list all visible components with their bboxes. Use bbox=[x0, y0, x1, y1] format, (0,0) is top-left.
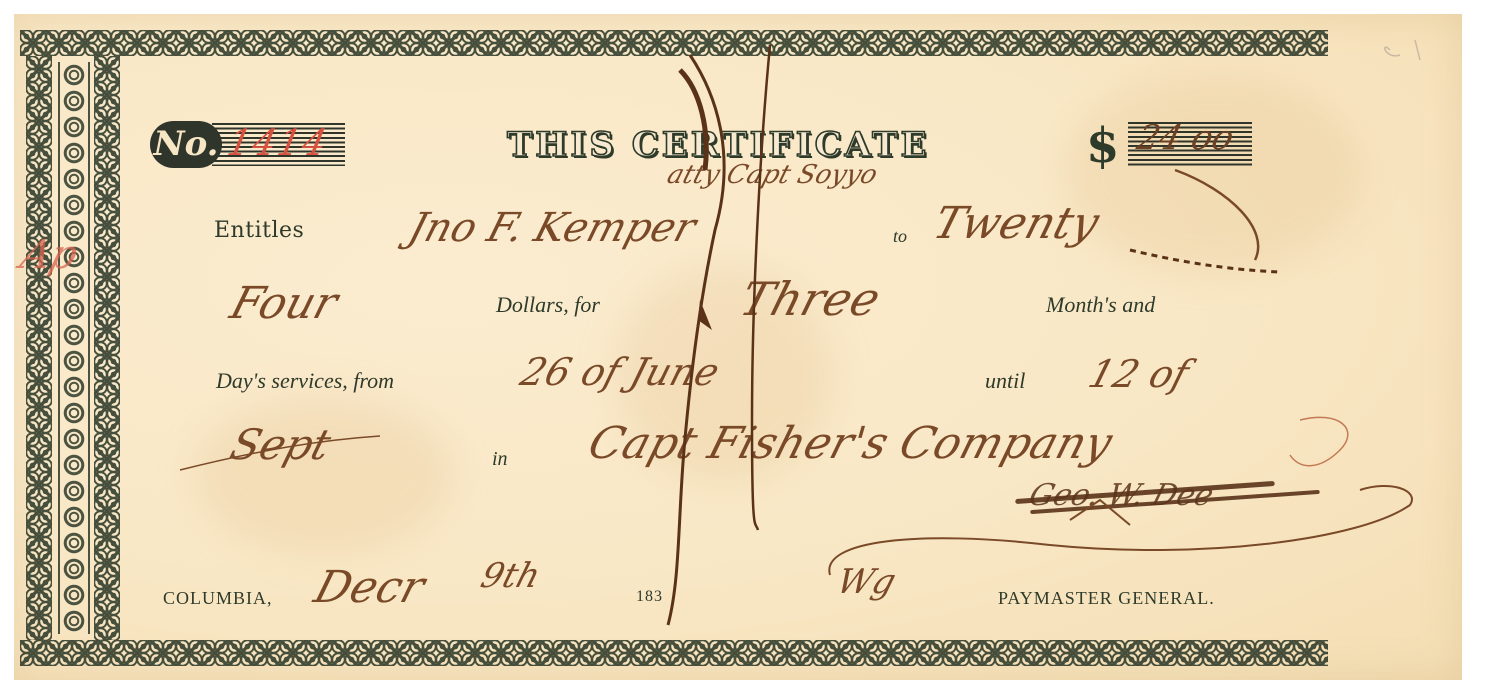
paper-stain bbox=[1064, 74, 1364, 274]
paper-stain bbox=[194, 394, 454, 554]
certificate-number: 1414 bbox=[224, 123, 332, 164]
date-month: Decr bbox=[309, 562, 431, 613]
amount-words-part-1: Twenty bbox=[928, 198, 1105, 249]
signatory-title: PAYMASTER GENERAL. bbox=[998, 588, 1215, 609]
service-end-date: 12 of bbox=[1084, 352, 1194, 396]
certificate-number-badge: No. 1414 bbox=[150, 121, 345, 168]
amount-words-part-2: Four bbox=[225, 278, 344, 329]
annotation-attorney: atty Capt Soyyo bbox=[664, 160, 881, 190]
year-prefix: 183 bbox=[636, 588, 663, 606]
certificate-paper bbox=[14, 14, 1462, 680]
label-months-and: Month's and bbox=[1046, 292, 1155, 318]
label-days-services-from: Day's services, from bbox=[216, 368, 394, 394]
label-dollars-for: Dollars, for bbox=[496, 292, 600, 318]
certificate-title: THIS CERTIFICATE bbox=[507, 125, 929, 165]
rosette-border-column bbox=[58, 62, 90, 634]
label-to: to bbox=[893, 226, 907, 247]
dollar-sign-icon: $ bbox=[1086, 118, 1119, 174]
place-label: COLUMBIA, bbox=[163, 588, 273, 609]
ornamental-border-bottom bbox=[20, 640, 1328, 666]
service-start-date: 26 of June bbox=[516, 350, 725, 394]
label-entitles: Entitles bbox=[214, 218, 304, 243]
ornamental-border-left-inner bbox=[94, 56, 120, 640]
label-in: in bbox=[492, 448, 508, 471]
ornamental-border-top bbox=[20, 30, 1328, 56]
company-name: Capt Fisher's Company bbox=[583, 418, 1118, 469]
service-end-month: Sept bbox=[225, 420, 336, 469]
label-until: until bbox=[985, 368, 1025, 394]
payee-name: Jno F. Kemper bbox=[403, 205, 701, 251]
date-day: 9th bbox=[476, 556, 545, 596]
months-count: Three bbox=[734, 272, 886, 326]
initials: Wg bbox=[832, 562, 900, 602]
amount-handwritten: 24 oo bbox=[1133, 118, 1238, 158]
number-label: No. bbox=[150, 121, 222, 168]
ornamental-border-left-outer bbox=[26, 56, 52, 640]
